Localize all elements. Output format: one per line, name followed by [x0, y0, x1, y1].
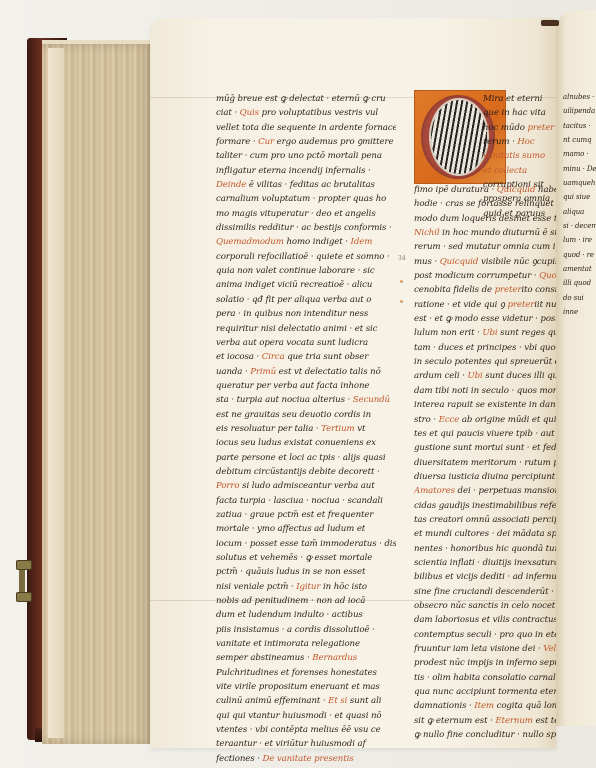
text-line: mo magis vituperatur · deo et angelis [216, 207, 396, 221]
text-line: stro · Ecce ab origine mūdi et qui mō [414, 413, 556, 427]
text-line: semper abstineamus · Bernardus [216, 651, 396, 665]
text-line: sine fine cruciandi descenderūt · Quid [414, 585, 556, 599]
text-line: ardum celi · Ubi sunt duces illi quon [414, 369, 556, 383]
text-line: piis insistamus · a cordis dissolutioē · [216, 623, 396, 637]
text-line: alnubes · Bar [563, 90, 596, 104]
text-line: uanda · Primū est vt delectatio talis nō [216, 365, 396, 379]
text-line: verba aut opera vocata sunt ludicra [216, 336, 396, 350]
text-line: qui siue [563, 190, 596, 204]
text-line: Mira et eterni [483, 92, 555, 106]
text-line: post modicum corrumpetur · Quomo [414, 269, 556, 283]
text-line: ciat · Quis pro voluptatibus vestris vul [216, 106, 396, 120]
page-tab [541, 20, 559, 26]
text-line: quia non valet continue laborare · sic [216, 264, 396, 278]
text-line: sit ꝙ eternum est · Eternum est tempus [414, 714, 556, 728]
text-line: pera · in quibus non intenditur ness [216, 307, 396, 321]
text-line: fimo ipē duratura · Quicquid habes [414, 183, 556, 197]
text-line: Porro si ludo admisceantur verba aut [216, 479, 396, 493]
text-line: Pulchritudines et forenses honestates [216, 666, 396, 680]
text-line: illi quod [563, 276, 596, 290]
text-line: tis · olim habita consolatio carnalis [414, 671, 556, 685]
text-line: diuersitatem meritorum · rutum premia [414, 456, 556, 470]
text-line: in seculo potentes qui spreuerūt dei [414, 355, 556, 369]
text-line: iocus seu ludus existat conueniens ex [216, 436, 396, 450]
text-line: est · et ꝙ modo esse videtur · post pau [414, 312, 556, 326]
text-line: Amatores dei · perpetuas mansiones la [414, 484, 556, 498]
text-line: rerum · Hoc [483, 135, 555, 149]
text-line: uilipenda [563, 104, 596, 118]
next-page-text-fragment: alnubes · Baruilipendatacitus ·nt cumqma… [563, 90, 596, 320]
text-line: minu · De [563, 162, 596, 176]
text-line: tes et qui paucis viuere tpib · aut in [414, 427, 556, 441]
text-line: dam laboriosus et vilis contractus [414, 613, 556, 627]
text-line: vellet tota die sequente in ardente forn… [216, 121, 396, 135]
brass-clasp [16, 560, 30, 602]
text-line: vtentes · vbi contēpta melius ēē vsu ce [216, 723, 396, 737]
text-line: debitum circūstantijs debite decorett · [216, 465, 396, 479]
text-line: contemptus seculi · pro quo in eternum [414, 628, 556, 642]
text-line: corporali refocillatioē · quiete et somn… [216, 250, 396, 264]
text-line: dam tibi noti in seculo · quos mors [414, 384, 556, 398]
text-line: lulum non erit · Ubi sunt reges qui [414, 326, 556, 340]
text-line: ratione · et vide qui ꝯ preteriit nunc [414, 298, 556, 312]
text-line: iocum · posset esse tam̄ immoderatus · d… [216, 537, 396, 551]
text-line: fectiones · De vanitate presentis [216, 752, 396, 766]
text-line: prodest nūc impijs in inferno sepul [414, 656, 556, 670]
text-line: tacitus · [563, 119, 596, 133]
text-line: mūḡ breue est ꝙ delectat · eternū ꝙ cru [216, 92, 396, 106]
text-line: hodie · cras se fortasse relinquet · aut [414, 197, 556, 211]
text-line: modo dum loqueris desinet esse tuum · [414, 212, 556, 226]
text-line: nt cumq [563, 133, 596, 147]
text-line: qua nunc accipiunt tormenta eterne [414, 685, 556, 699]
text-line: pctm̄ · quāuis ludus in se non esset [216, 565, 396, 579]
text-line: si · decemi [563, 219, 596, 233]
text-line: Deinde ē vilitas · feditas ac brutalitas [216, 178, 396, 192]
folio-marker: 34 [398, 255, 406, 262]
text-line: hoc mūdo preter [483, 121, 555, 135]
text-line: eis resoluatur per talia · Tertium vt [216, 422, 396, 436]
text-column-left: mūḡ breue est ꝙ delectat · eternū ꝙ cruc… [216, 92, 396, 766]
text-line: aliqua [563, 205, 596, 219]
text-line: lum · ire [563, 233, 596, 247]
clasp-knob-bottom [16, 592, 32, 602]
text-line: mortale · ymo affectus ad ludum et [216, 522, 396, 536]
text-line: anima indiget viciū recreatioē · alicu [216, 278, 396, 292]
text-line: nentes · honoribus hic quondā tumid [414, 542, 556, 556]
text-line: inne [563, 305, 596, 319]
text-line: et mundi cultores · dei mādata spre [414, 527, 556, 541]
text-line: tam · duces et principes · vbi quondā [414, 341, 556, 355]
text-line: nisi veniale pctm̄ · Igitur in hōc isto [216, 580, 396, 594]
text-line: diuersa iusticia diuina percipiunt · [414, 470, 556, 484]
virgin-and-child-figure-icon [451, 107, 469, 169]
text-line: infligatur eterna incendij infernalis · [216, 164, 396, 178]
text-line: interea rapuit se existente in dan [414, 398, 556, 412]
text-line: Nichil in hoc mundo diuturnū ē stabile [414, 226, 556, 240]
text-line: taliter · cum pro uno pctō mortali pena [216, 149, 396, 163]
text-line: dum et ludendum indulto · actibus [216, 608, 396, 622]
text-line: formare · Cur ergo audemus pro ꝯmittere … [216, 135, 396, 149]
page-block-inner-edge [48, 48, 64, 738]
text-line: rerum · sed mutatur omnia cum ipē vide [414, 240, 556, 254]
text-line: queratur per verba aut facta inhone [216, 379, 396, 393]
text-line: gustione sunt mortui sunt · et fedy [414, 441, 556, 455]
text-line: qui qui vtantur huiusmodi · et quasi nō [216, 709, 396, 723]
text-line: vanitatis sumo [483, 149, 555, 163]
text-line: teraantur · et viriūtur huiusmodi af [216, 737, 396, 751]
text-line: ꝙ nullo fine concluditur · nullo spatio [414, 728, 556, 742]
text-line: et collecta [483, 164, 555, 178]
text-line: facta turpia · lasciua · nociua · scanda… [216, 494, 396, 508]
text-line: solutus et vehemēs · ꝙ esset mortale [216, 551, 396, 565]
text-line: quod · re [563, 248, 596, 262]
text-line: et iocosa · Circa que tria sunt obser [216, 350, 396, 364]
text-line: vite virile propositum eneruant et mas [216, 680, 396, 694]
text-line: tas creatori omnū associati percipiunt [414, 513, 556, 527]
text-line: cenobita fidelis de preterito conside [414, 283, 556, 297]
text-line: amentat [563, 262, 596, 276]
text-line: solatio · qđ fit per aliqua verba aut o [216, 293, 396, 307]
text-line: requiritur nisi delectatio animi · et si… [216, 322, 396, 336]
text-line: que in hac vita [483, 106, 555, 120]
text-line: Quemadmodum homo indiget · Idem [216, 235, 396, 249]
text-line: damnationis · Item cogita quā longum [414, 699, 556, 713]
text-line: culinū animū effeminant · Et si sunt ali [216, 694, 396, 708]
text-line: mus · Quicquid visibile nūc ꝯcupis [414, 255, 556, 269]
clasp-knob-top [16, 560, 32, 570]
text-line: parte persone et loci ac tpis · alijs qu… [216, 451, 396, 465]
text-line: carnalium voluptatum · propter quas ho [216, 192, 396, 206]
margin-mark [400, 280, 403, 283]
text-line: dissimilis redditur · ac bestijs conform… [216, 221, 396, 235]
text-line: nobis ad penitudinem · non ad iocā [216, 594, 396, 608]
text-line: obsecro nūc sanctis in celo nocet quō [414, 599, 556, 613]
text-line: fruuntur iam leta visione dei · Vel ꝙ [414, 642, 556, 656]
text-column-right: fimo ipē duratura · Quicquid habeshodie … [414, 183, 556, 742]
text-line: zatiua · graue pctm̄ est et frequenter [216, 508, 396, 522]
text-line: vanitate et intimorata relegatione [216, 637, 396, 651]
text-line: bilibus et vicijs dediti · ad infernum [414, 570, 556, 584]
text-line: cidas gaudijs inestimabilibus refer [414, 499, 556, 513]
text-line: uamqueh [563, 176, 596, 190]
text-line: est ne grauitas seu deuotio cordis in [216, 408, 396, 422]
text-line: mamo · [563, 147, 596, 161]
text-line: sta · turpia aut nociua alterius · Secun… [216, 393, 396, 407]
text-line: scientia inflati · diuitijs inexsaturā [414, 556, 556, 570]
margin-mark [400, 300, 403, 303]
text-line: do sui [563, 291, 596, 305]
